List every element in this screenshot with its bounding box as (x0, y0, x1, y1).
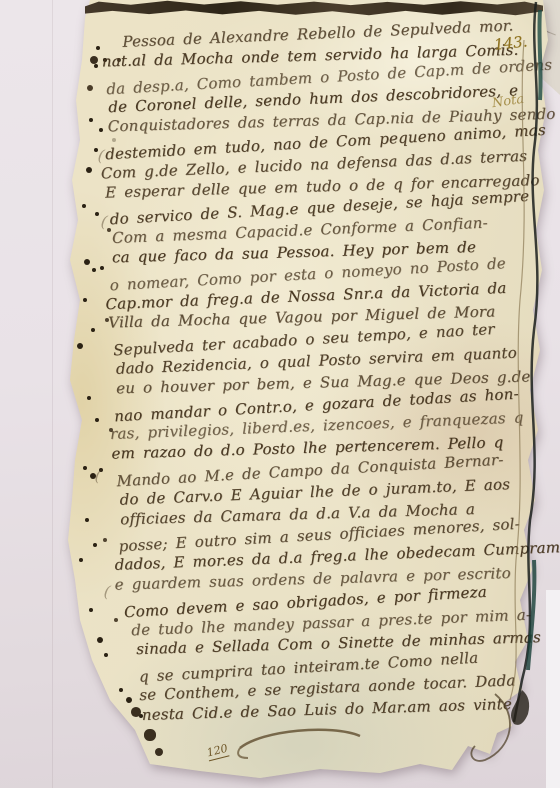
torn-right-edge-marks (500, 0, 555, 760)
manuscript-text: Pessoa de Alexandre Rebello de Sepulveda… (96, 17, 549, 727)
signature-loop (455, 688, 525, 770)
pen-flourish (222, 722, 372, 772)
photographed-manuscript: Pessoa de Alexandre Rebello de Sepulveda… (0, 0, 560, 788)
ink-blotches (0, 0, 4, 4)
